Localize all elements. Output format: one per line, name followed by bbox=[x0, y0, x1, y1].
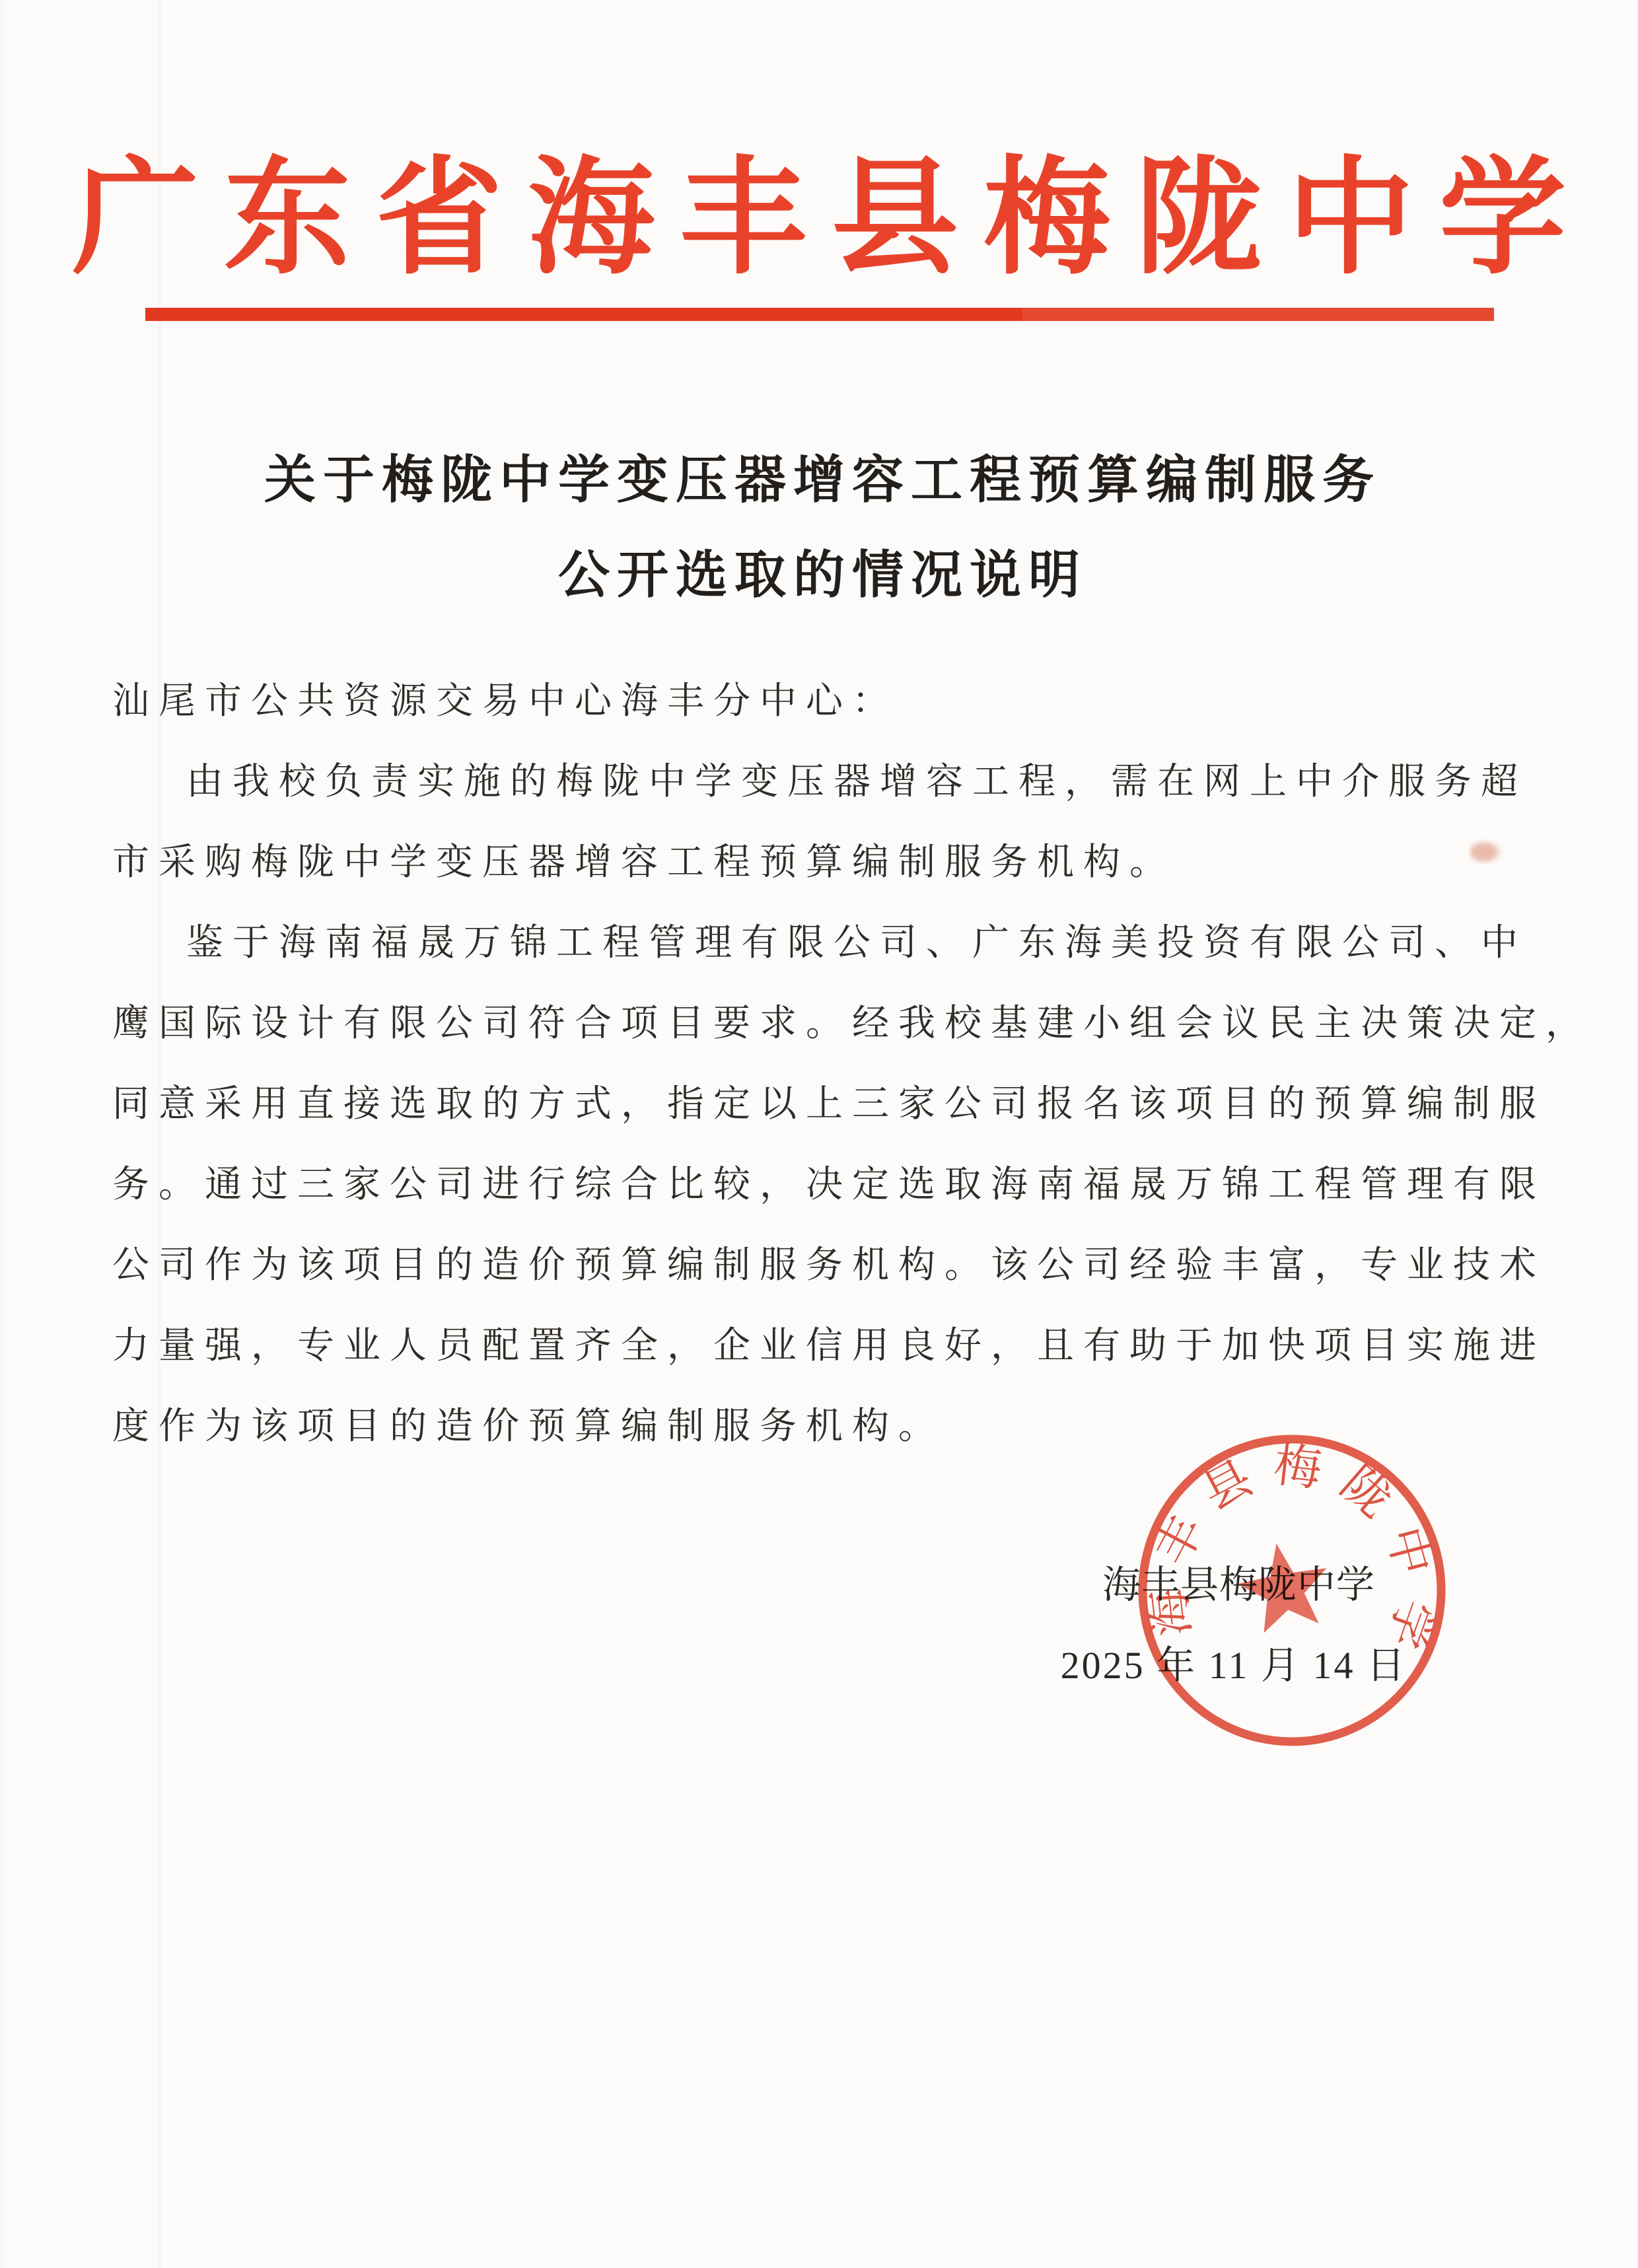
scanned-letter-page: 广东省海丰县梅陇中学 关于梅陇中学变压器增容工程预算编制服务 公开选取的情况说明… bbox=[0, 0, 1638, 2268]
body-line: 力量强，专业人员配置齐全，企业信用良好，且有助于加快项目实施进 bbox=[112, 1306, 1532, 1386]
document-title-line-2: 公开选取的情况说明 bbox=[0, 527, 1638, 622]
official-seal: 海丰县梅陇中学 bbox=[1135, 1432, 1449, 1749]
seal-ring-text: 海丰县梅陇中学 bbox=[1140, 1438, 1444, 1671]
document-title: 关于梅陇中学变压器增容工程预算编制服务 公开选取的情况说明 bbox=[0, 432, 1638, 622]
body-line: 同意采用直接选取的方式，指定以上三家公司报名该项目的预算编制服 bbox=[112, 1064, 1532, 1145]
document-title-line-1: 关于梅陇中学变压器增容工程预算编制服务 bbox=[0, 432, 1638, 527]
body-line: 市采购梅陇中学变压器增容工程预算编制服务机构。 bbox=[112, 822, 1532, 903]
body-line: 由我校负责实施的梅陇中学变压器增容工程，需在网上中介服务超 bbox=[112, 742, 1532, 822]
letter-body: 汕尾市公共资源交易中心海丰分中心： 由我校负责实施的梅陇中学变压器增容工程，需在… bbox=[0, 661, 1638, 1467]
body-line: 务。通过三家公司进行综合比较，决定选取海南福晟万锦工程管理有限 bbox=[112, 1145, 1532, 1225]
body-line: 公司作为该项目的造价预算编制服务机构。该公司经验丰富，专业技术 bbox=[112, 1225, 1532, 1306]
star-icon bbox=[1232, 1536, 1336, 1636]
scan-artifact-smudge bbox=[1470, 840, 1501, 864]
salutation: 汕尾市公共资源交易中心海丰分中心： bbox=[112, 661, 1532, 742]
body-line: 鉴于海南福晟万锦工程管理有限公司、广东海美投资有限公司、中 bbox=[112, 903, 1532, 983]
letterhead-school-name: 广东省海丰县梅陇中学 bbox=[0, 153, 1638, 285]
letterhead-rule bbox=[145, 308, 1494, 321]
body-line: 鹰国际设计有限公司符合项目要求。经我校基建小组会议民主决策决定， bbox=[112, 983, 1532, 1064]
